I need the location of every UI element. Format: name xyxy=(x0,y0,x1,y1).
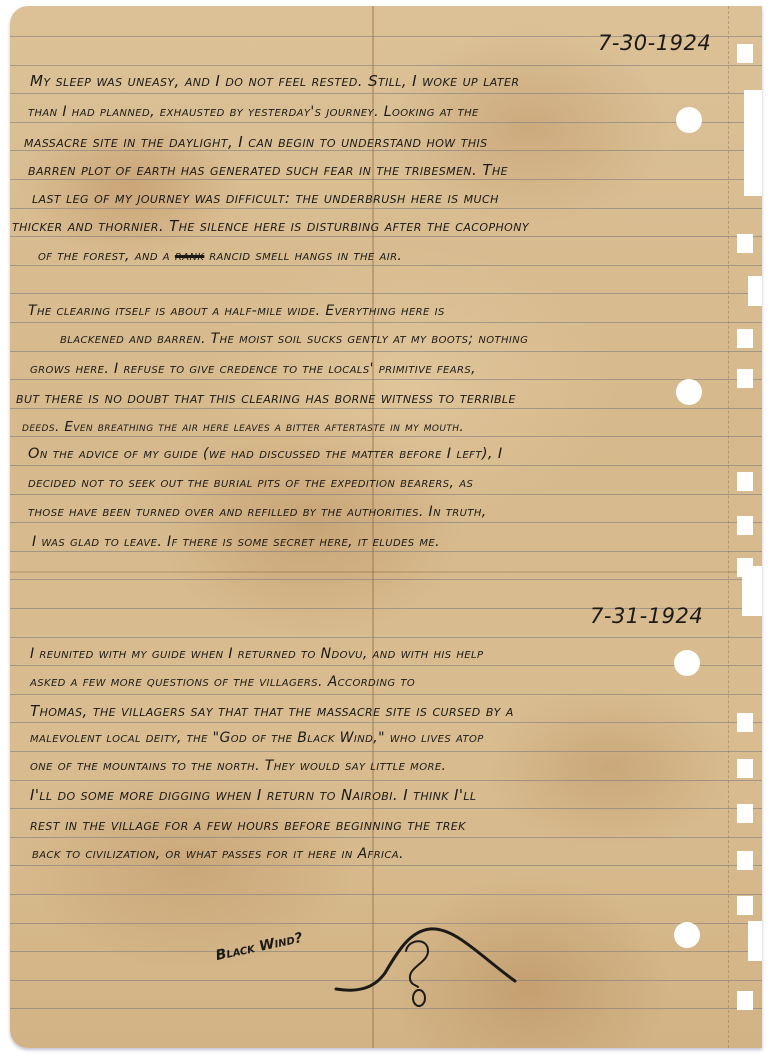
torn-edge xyxy=(748,276,762,306)
ruled-line xyxy=(10,894,762,895)
ruled-line xyxy=(10,293,762,294)
torn-edge xyxy=(744,90,762,196)
journal-line: massacre site in the daylight, I can beg… xyxy=(24,133,488,151)
ruled-line xyxy=(10,808,762,809)
perforation-hole xyxy=(737,851,753,870)
entry-date: 7-30-1924 xyxy=(598,31,711,55)
ruled-line xyxy=(10,236,762,237)
journal-line: My sleep was uneasy, and I do not feel r… xyxy=(30,72,519,90)
journal-line: I was glad to leave. If there is some se… xyxy=(32,534,440,550)
margin-line xyxy=(728,6,729,1048)
mountain-question-sketch-icon xyxy=(330,921,530,1011)
journal-line: than I had planned, exhausted by yesterd… xyxy=(28,104,479,120)
binder-hole-round xyxy=(676,379,702,405)
perforation-hole xyxy=(737,44,753,63)
binder-hole-round xyxy=(674,650,700,676)
perforation-hole xyxy=(737,329,753,348)
journal-page: 7-30-1924 My sleep was uneasy, and I do … xyxy=(10,6,762,1048)
torn-edge xyxy=(748,921,762,961)
journal-line: I reunited with my guide when I returned… xyxy=(30,646,483,662)
ruled-line xyxy=(10,465,762,466)
entry-date: 7-31-1924 xyxy=(590,604,703,628)
journal-line: I'll do some more digging when I return … xyxy=(30,786,476,804)
ruled-line xyxy=(10,494,762,495)
ruled-line xyxy=(10,637,762,638)
journal-line: last leg of my journey was difficult: th… xyxy=(32,189,499,207)
journal-line: one of the mountains to the north. They … xyxy=(30,758,446,774)
journal-line: of the forest, and a rank rancid smell h… xyxy=(38,248,402,264)
journal-line: The clearing itself is about a half-mile… xyxy=(28,303,445,319)
ruled-line xyxy=(10,351,762,352)
ruled-line xyxy=(10,208,762,209)
journal-line: those have been turned over and refilled… xyxy=(28,504,487,520)
perforation-hole xyxy=(737,759,753,778)
journal-line: back to civilization, or what passes for… xyxy=(32,846,404,862)
perforation-hole xyxy=(737,369,753,388)
perforation-hole xyxy=(737,804,753,823)
perforation-hole xyxy=(737,472,753,491)
perforation-hole xyxy=(737,991,753,1010)
struck-word: rank xyxy=(175,248,204,264)
ruled-line xyxy=(10,837,762,838)
ruled-line xyxy=(10,522,762,523)
journal-line-text: of the forest, and a xyxy=(38,248,170,264)
ruled-line xyxy=(10,722,762,723)
ruled-line xyxy=(10,122,762,123)
binder-hole-round xyxy=(676,107,702,133)
ruled-line xyxy=(10,865,762,866)
perforation-hole xyxy=(737,516,753,535)
journal-line: asked a few more questions of the villag… xyxy=(30,674,415,690)
perforation-hole xyxy=(737,713,753,732)
ruled-line xyxy=(10,179,762,180)
ruled-line xyxy=(10,579,762,580)
journal-line: malevolent local deity, the "God of the … xyxy=(30,730,484,746)
perforation-hole xyxy=(737,234,753,253)
torn-edge xyxy=(742,566,762,616)
ruled-line xyxy=(10,780,762,781)
journal-line: barren plot of earth has generated such … xyxy=(28,161,508,179)
ruled-line xyxy=(10,93,762,94)
paper-fold-horizontal xyxy=(10,571,762,573)
ruled-line xyxy=(10,436,762,437)
journal-line: but there is no doubt that this clearing… xyxy=(16,389,516,407)
perforation-hole xyxy=(737,896,753,915)
journal-line: rest in the village for a few hours befo… xyxy=(30,816,466,834)
ruled-line xyxy=(10,379,762,380)
ruled-line xyxy=(10,408,762,409)
ruled-line xyxy=(10,551,762,552)
journal-line: thicker and thornier. The silence here i… xyxy=(12,217,529,235)
ruled-line xyxy=(10,694,762,695)
ruled-line xyxy=(10,665,762,666)
journal-line: decided not to seek out the burial pits … xyxy=(28,475,473,491)
journal-line: blackened and barren. The moist soil suc… xyxy=(60,331,528,347)
binder-hole-round xyxy=(674,922,700,948)
ruled-line xyxy=(10,322,762,323)
journal-line: grows here. I refuse to give credence to… xyxy=(30,361,476,377)
ruled-line xyxy=(10,751,762,752)
sketch-note: Black Wind? xyxy=(214,930,304,964)
journal-line-text: rancid smell hangs in the air. xyxy=(209,248,402,264)
journal-line: On the advice of my guide (we had discus… xyxy=(28,446,503,462)
journal-line: Thomas, the villagers say that that the … xyxy=(30,702,514,720)
journal-line: deeds. Even breathing the air here leave… xyxy=(22,419,464,435)
ruled-line xyxy=(10,65,762,66)
ruled-line xyxy=(10,265,762,266)
